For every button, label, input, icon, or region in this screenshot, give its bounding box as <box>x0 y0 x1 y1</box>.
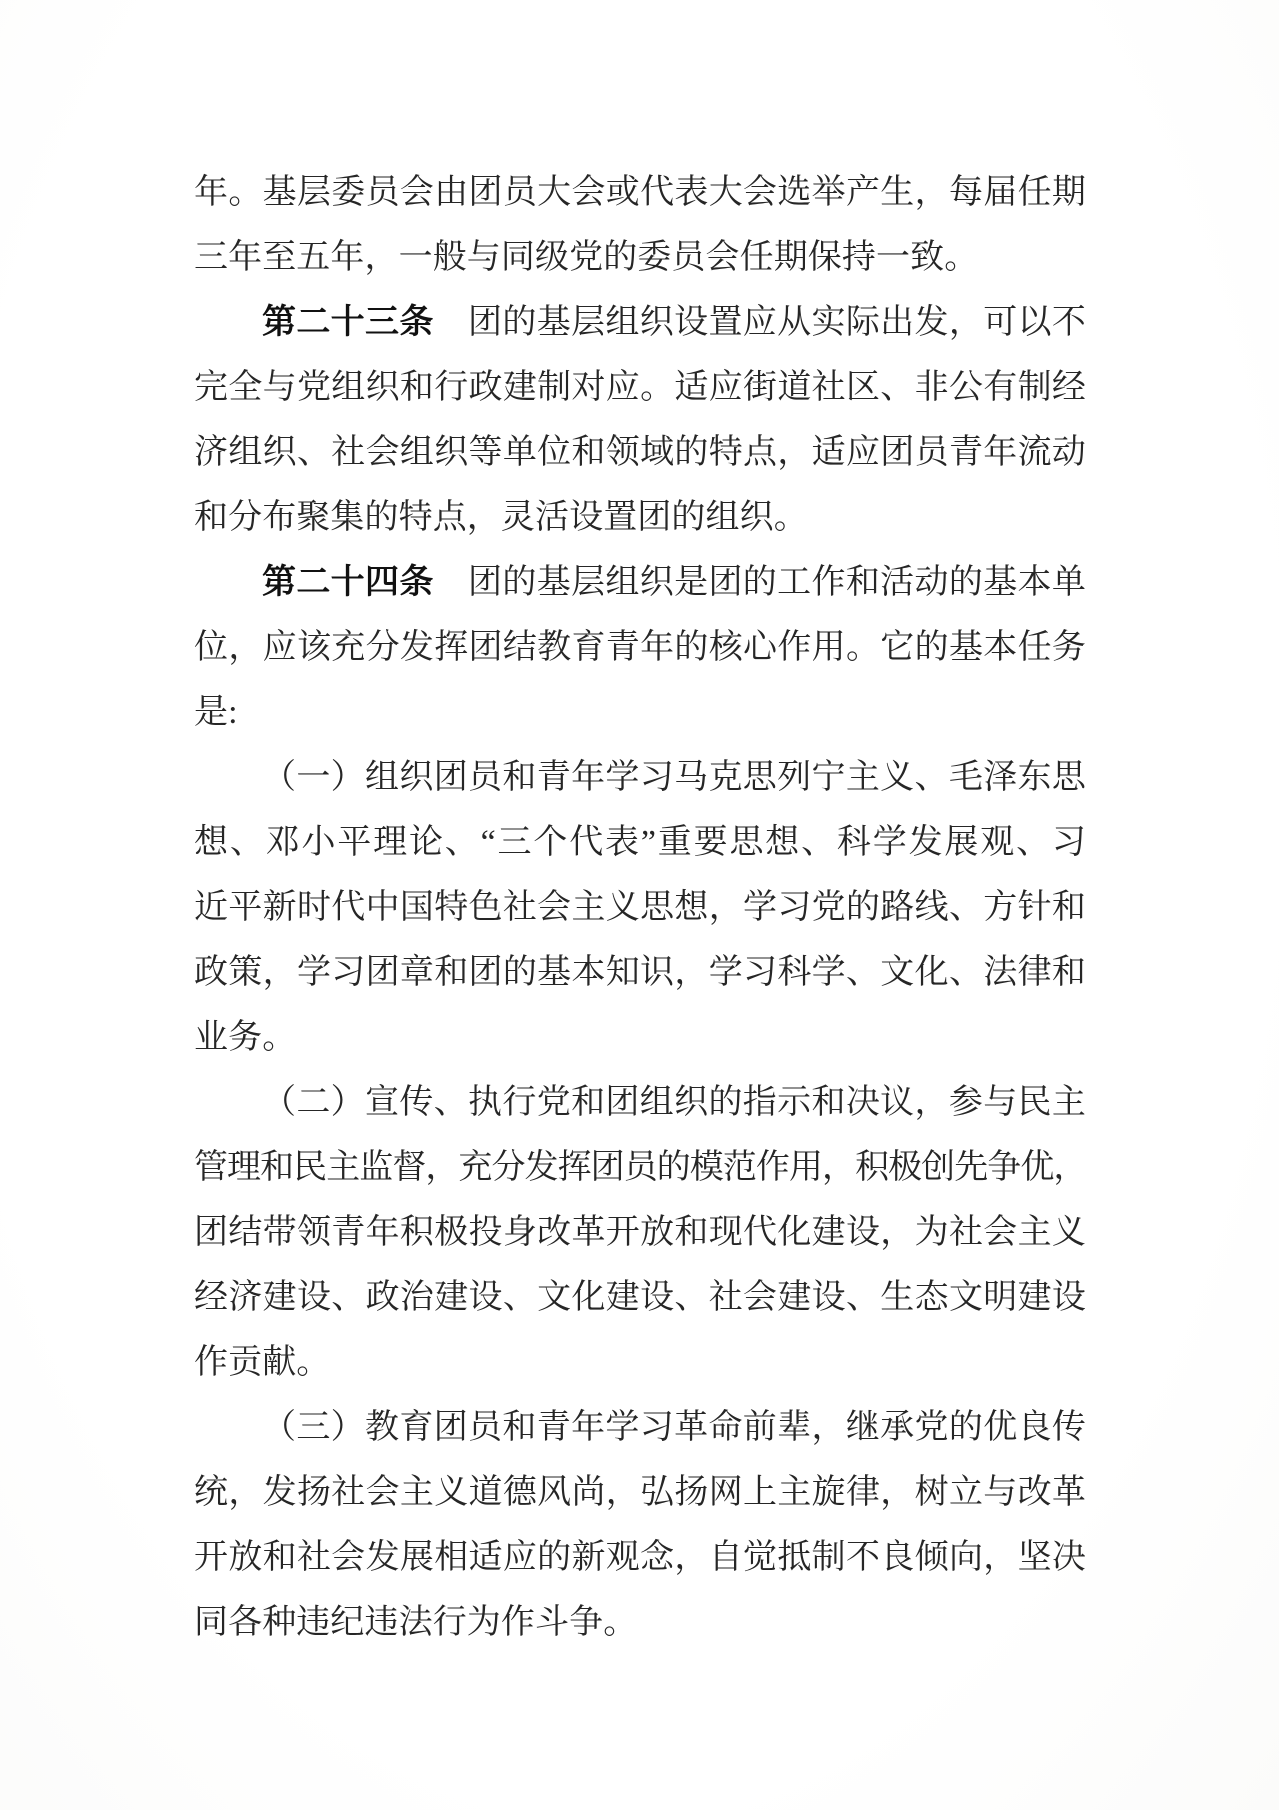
text-line: 和分布聚集的特点，灵活设置团的组织。 <box>194 485 1086 550</box>
text-segment: 团的基层组织是团的工作和活动的基本单 <box>434 564 1086 601</box>
text-segment: 三年至五年，一般与同级党的委员会任期保持一致。 <box>194 239 978 276</box>
article-number: 第二十四条 <box>262 564 434 601</box>
text-line: 三年至五年，一般与同级党的委员会任期保持一致。 <box>194 225 1086 290</box>
text-segment: 开放和社会发展相适应的新观念，自觉抵制不良倾向，坚决 <box>194 1539 1086 1576</box>
text-line: 经济建设、政治建设、文化建设、社会建设、生态文明建设 <box>194 1265 1086 1330</box>
text-line: 第二十三条 团的基层组织设置应从实际出发，可以不 <box>194 290 1086 355</box>
text-segment: 业务。 <box>194 1019 296 1056</box>
text-segment: 位，应该充分发挥团结教育青年的核心作用。它的基本任务 <box>194 629 1086 666</box>
text-segment: 济组织、社会组织等单位和领域的特点，适应团员青年流动 <box>194 434 1086 471</box>
text-segment: 作贡献。 <box>194 1344 330 1381</box>
text-line: 同各种违纪违法行为作斗争。 <box>194 1590 1086 1655</box>
text-line: 想、邓小平理论、“三个代表”重要思想、科学发展观、习 <box>194 810 1086 875</box>
text-segment: 年。基层委员会由团员大会或代表大会选举产生，每届任期 <box>194 174 1086 211</box>
text-segment: 管理和民主监督，充分发挥团员的模范作用，积极创先争优， <box>194 1149 1086 1186</box>
text-line: （二）宣传、执行党和团组织的指示和决议，参与民主 <box>194 1070 1086 1135</box>
text-line: （一）组织团员和青年学习马克思列宁主义、毛泽东思 <box>194 745 1086 810</box>
text-line: 作贡献。 <box>194 1330 1086 1395</box>
text-segment: 和分布聚集的特点，灵活设置团的组织。 <box>194 499 808 536</box>
text-segment: 近平新时代中国特色社会主义思想，学习党的路线、方针和 <box>194 889 1086 926</box>
text-segment: 团的基层组织设置应从实际出发，可以不 <box>434 304 1086 341</box>
text-segment: 统，发扬社会主义道德风尚，弘扬网上主旋律，树立与改革 <box>194 1474 1086 1511</box>
text-segment: （一）组织团员和青年学习马克思列宁主义、毛泽东思 <box>262 759 1086 796</box>
text-segment: 团结带领青年积极投身改革开放和现代化建设，为社会主义 <box>194 1214 1086 1251</box>
text-line: 完全与党组织和行政建制对应。适应街道社区、非公有制经 <box>194 355 1086 420</box>
text-line: 政策，学习团章和团的基本知识，学习科学、文化、法律和 <box>194 940 1086 1005</box>
text-line: 第二十四条 团的基层组织是团的工作和活动的基本单 <box>194 550 1086 615</box>
text-line: 开放和社会发展相适应的新观念，自觉抵制不良倾向，坚决 <box>194 1525 1086 1590</box>
text-segment: 政策，学习团章和团的基本知识，学习科学、文化、法律和 <box>194 954 1086 991</box>
text-line: 业务。 <box>194 1005 1086 1070</box>
text-line: 年。基层委员会由团员大会或代表大会选举产生，每届任期 <box>194 160 1086 225</box>
document-page: 年。基层委员会由团员大会或代表大会选举产生，每届任期三年至五年，一般与同级党的委… <box>0 0 1279 1810</box>
text-line: 济组织、社会组织等单位和领域的特点，适应团员青年流动 <box>194 420 1086 485</box>
text-segment: 完全与党组织和行政建制对应。适应街道社区、非公有制经 <box>194 369 1086 406</box>
text-line: 团结带领青年积极投身改革开放和现代化建设，为社会主义 <box>194 1200 1086 1265</box>
text-line: 是: <box>194 680 1086 745</box>
document-text-block: 年。基层委员会由团员大会或代表大会选举产生，每届任期三年至五年，一般与同级党的委… <box>194 160 1086 1655</box>
text-segment: （二）宣传、执行党和团组织的指示和决议，参与民主 <box>262 1084 1086 1121</box>
article-number: 第二十三条 <box>262 304 434 341</box>
text-segment: 想、邓小平理论、“三个代表”重要思想、科学发展观、习 <box>194 824 1086 861</box>
text-segment: （三）教育团员和青年学习革命前辈，继承党的优良传 <box>262 1409 1086 1446</box>
text-line: （三）教育团员和青年学习革命前辈，继承党的优良传 <box>194 1395 1086 1460</box>
text-segment: 经济建设、政治建设、文化建设、社会建设、生态文明建设 <box>194 1279 1086 1316</box>
text-line: 统，发扬社会主义道德风尚，弘扬网上主旋律，树立与改革 <box>194 1460 1086 1525</box>
text-line: 管理和民主监督，充分发挥团员的模范作用，积极创先争优， <box>194 1135 1086 1200</box>
text-line: 位，应该充分发挥团结教育青年的核心作用。它的基本任务 <box>194 615 1086 680</box>
text-segment: 同各种违纪违法行为作斗争。 <box>194 1604 637 1641</box>
text-line: 近平新时代中国特色社会主义思想，学习党的路线、方针和 <box>194 875 1086 940</box>
text-segment: 是: <box>194 694 238 731</box>
